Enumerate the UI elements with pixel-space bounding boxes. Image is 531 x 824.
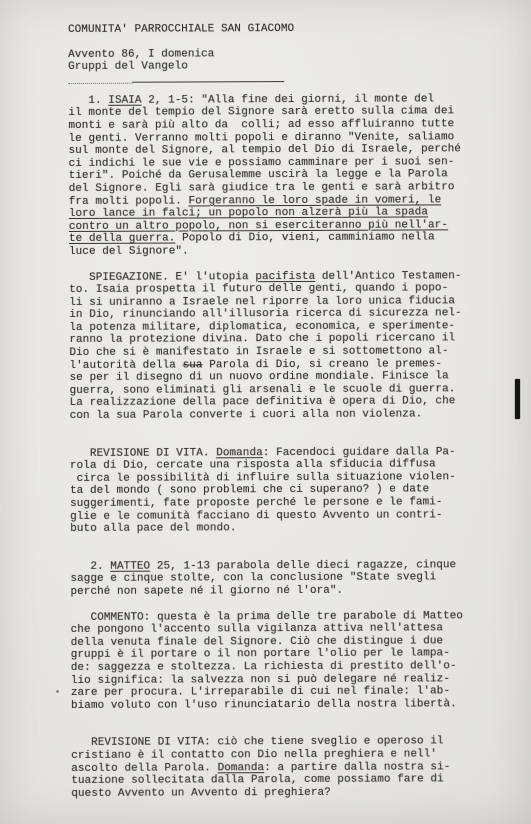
scan-artifact-mark bbox=[515, 379, 520, 419]
spiegazione-paragraph: SPIEGAZIONE. E' l'utopia pacifista dell'… bbox=[69, 270, 490, 423]
text-line: te della guerra. Popolo di Dio, vieni, c… bbox=[69, 231, 489, 245]
text-segment: SPIEGAZIONE. E' l'utopia bbox=[69, 271, 255, 284]
text-segment: tuazione sollecitata dalla Parola, come … bbox=[71, 773, 444, 787]
underlined-text: loro lance in falci; un popolo non alzer… bbox=[69, 207, 428, 221]
underlined-text: pacifista bbox=[255, 270, 315, 282]
text-segment: perché non sapete né il giorno né l'ora"… bbox=[70, 585, 343, 598]
underlined-text: MATTEO bbox=[110, 560, 150, 572]
reading-isaia-paragraph: 1. ISAIA 2, 1-5: "Alla fine dei giorni, … bbox=[68, 93, 489, 259]
underlined-text: Domanda bbox=[216, 447, 263, 459]
text-line: perché non sapete né il giorno né l'ora"… bbox=[70, 584, 490, 598]
text-segment: l'autorità della bbox=[69, 359, 182, 371]
text-segment: COMMENTO: questa è la prima delle tre pa… bbox=[71, 610, 463, 624]
underlined-text: ISAIA bbox=[108, 94, 141, 106]
text-segment: ta del mondo ( sono problemi che ci supe… bbox=[70, 484, 429, 498]
commento-paragraph: COMMENTO: questa è la prima delle tre pa… bbox=[71, 610, 491, 713]
text-segment: lio significa: la salvezza non si può de… bbox=[71, 673, 450, 687]
text-segment: ascolto della Parola. bbox=[71, 762, 217, 775]
text-line: con la sua Parola converte i cuori alla … bbox=[70, 408, 490, 422]
text-segment: se per il disegno di un nuovo ordine mon… bbox=[70, 371, 449, 385]
text-segment: questo Avvento un Avvento di preghiera? bbox=[71, 787, 330, 800]
text-segment: de: saggezza e stoltezza. La richiesta d… bbox=[71, 660, 457, 674]
document-group-line: Gruppi del Vangelo bbox=[68, 59, 488, 73]
text-segment: sagge e cinque stolte, con la conclusion… bbox=[70, 572, 436, 586]
text-segment: gruppi è il portare o il non portare l'o… bbox=[71, 648, 450, 662]
text-line: sagge e cinque stolte, con la conclusion… bbox=[70, 572, 490, 586]
document-header: COMUNITA' PARROCCHIALE SAN GIACOMO Avven… bbox=[68, 22, 488, 85]
text-segment: monti e sarà più alto da colli; ad esso … bbox=[68, 118, 454, 132]
rule-solid-segment bbox=[132, 81, 284, 83]
revisione-di-vita-1-paragraph: REVISIONE DI VITA. Domanda: Facendoci gu… bbox=[70, 446, 490, 536]
text-segment: zare per procura. L'irreparabile di cui … bbox=[71, 685, 450, 699]
rule-dotted-segment bbox=[68, 83, 132, 84]
text-line: questo Avvento un Avvento di preghiera? bbox=[71, 786, 491, 800]
text-segment: 2. bbox=[70, 561, 110, 573]
underlined-text: Forgeranno le loro spade in vomeri, le bbox=[188, 194, 441, 207]
text-segment: che pongono l'accento sulla vigilanza at… bbox=[71, 623, 444, 637]
text-segment: buto alla pace del mondo. bbox=[70, 522, 236, 535]
struck-text: sua bbox=[183, 359, 203, 371]
text-segment: 25, 1-13 parabola delle dieci ragazze, c… bbox=[150, 559, 456, 572]
text-segment: ranno la protezione divina. Dato che i p… bbox=[69, 333, 455, 347]
underlined-text: te della guerra. bbox=[69, 233, 175, 245]
text-segment: con la sua Parola converte i cuori alla … bbox=[70, 408, 423, 422]
text-segment: Popolo di Dio, vieni, camminiamo nella bbox=[175, 232, 434, 245]
header-rule bbox=[68, 80, 488, 85]
text-segment: le genti. Verranno molti popoli e dirann… bbox=[68, 131, 454, 145]
text-line: buto alla pace del mondo. bbox=[70, 521, 490, 535]
text-segment: 1. bbox=[68, 95, 108, 107]
text-segment: Dio che si è manifestato in Israele e si… bbox=[69, 345, 448, 359]
underlined-text: Domanda bbox=[218, 762, 265, 774]
document-content: COMUNITA' PARROCCHIALE SAN GIACOMO Avven… bbox=[68, 22, 491, 813]
text-segment: biamo voluto con l'uso rinunciatario del… bbox=[71, 698, 457, 712]
text-segment: cristiano è il contatto con Dio nella pr… bbox=[71, 748, 437, 762]
text-segment: : Facendoci guidare dalla Pa- bbox=[263, 446, 456, 459]
text-segment: fra molti popoli. bbox=[69, 195, 189, 208]
text-segment: in Dio, rinunciando all'illusoria ricerc… bbox=[69, 308, 461, 322]
text-segment: to. Isaia prospetta il futuro delle gent… bbox=[69, 282, 448, 296]
document-title: COMUNITA' PARROCCHIALE SAN GIACOMO bbox=[68, 22, 488, 36]
revisione-di-vita-2-paragraph: REVISIONE DI VITA: ciò che tiene sveglio… bbox=[71, 735, 491, 800]
text-segment: La realizzazione della pace definitiva è… bbox=[70, 396, 456, 410]
text-segment: suggerimenti, fate proposte perché le pe… bbox=[70, 496, 443, 510]
text-segment: tieri". Poiché da Gerusalemme uscirà la … bbox=[69, 169, 448, 183]
text-segment: del Signore. Egli sarà giudice tra le ge… bbox=[69, 181, 455, 195]
text-segment: sul monte del Signore, al tempio del Dio… bbox=[69, 143, 461, 157]
text-segment: Parola di Dio, si creano le premes- bbox=[203, 358, 443, 371]
text-segment: glie e le comunità facciano di questo Av… bbox=[70, 509, 443, 523]
text-segment: REVISIONE DI VITA: ciò che tiene sveglio… bbox=[71, 736, 444, 750]
text-segment: 2, 1-5: "Alla fine dei giorni, il monte … bbox=[141, 93, 434, 106]
text-line: tuazione sollecitata dalla Parola, come … bbox=[71, 773, 491, 787]
text-line: luce del Signore". bbox=[69, 244, 489, 258]
text-line: glie e le comunità facciano di questo Av… bbox=[70, 509, 490, 523]
text-segment: REVISIONE DI VITA. bbox=[70, 447, 216, 460]
scan-speck bbox=[56, 690, 59, 693]
text-segment: rola di Dio, cercate una risposta alla s… bbox=[70, 459, 436, 473]
text-segment: il monte del tempio del Signore sarà ere… bbox=[68, 106, 454, 120]
text-segment: dell'Antico Testamen- bbox=[315, 270, 461, 283]
text-line: biamo voluto con l'uso rinunciatario del… bbox=[71, 698, 491, 712]
text-segment: luce del Signore". bbox=[69, 245, 189, 258]
reading-matteo-paragraph: 2. MATTEO 25, 1-13 parabola delle dieci … bbox=[70, 559, 490, 599]
document-body: 1. ISAIA 2, 1-5: "Alla fine dei giorni, … bbox=[68, 93, 491, 800]
text-line: La realizzazione della pace definitiva è… bbox=[70, 396, 490, 410]
scanned-document-page: COMUNITA' PARROCCHIALE SAN GIACOMO Avven… bbox=[0, 0, 531, 824]
text-segment: : a partire dalla nostra si- bbox=[264, 761, 450, 774]
